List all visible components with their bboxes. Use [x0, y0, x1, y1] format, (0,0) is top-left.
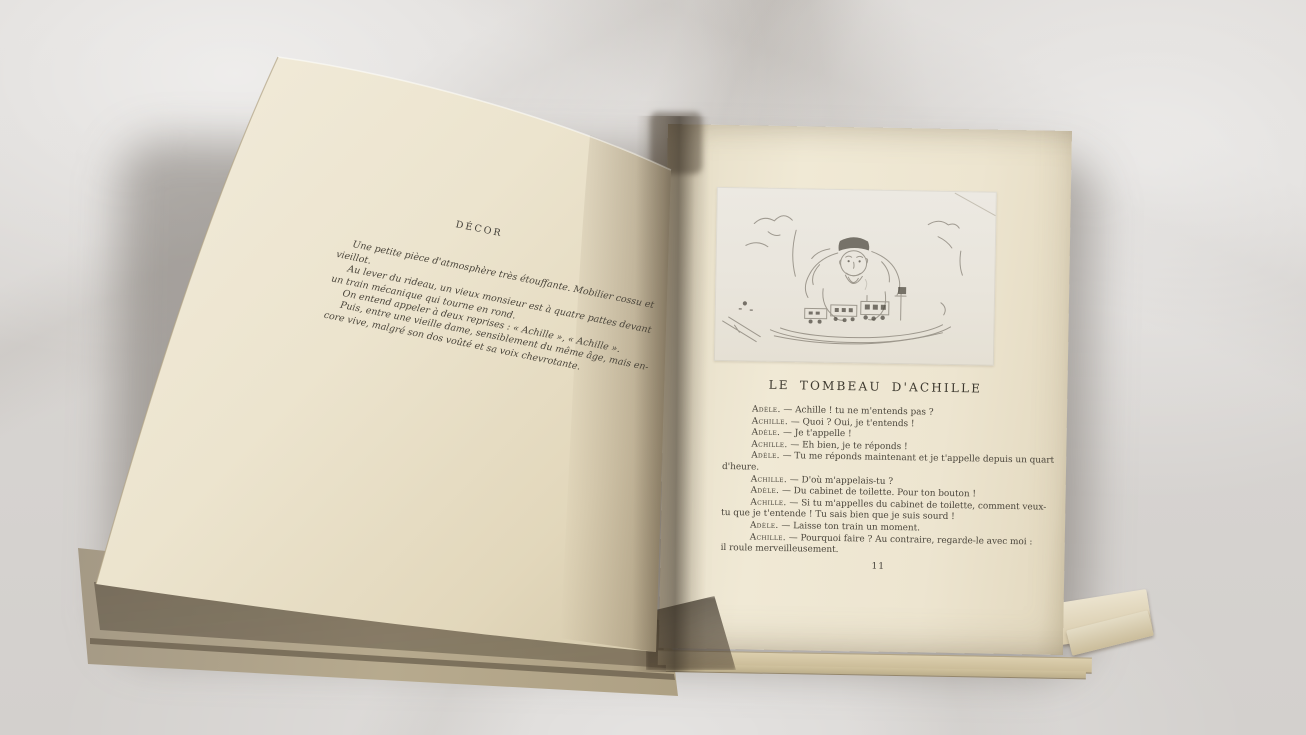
photo-of-open-book: LE TOMBEAU D'ACHILLE Adèle. — Achille ! … [0, 0, 1306, 735]
left-page [0, 0, 1306, 735]
